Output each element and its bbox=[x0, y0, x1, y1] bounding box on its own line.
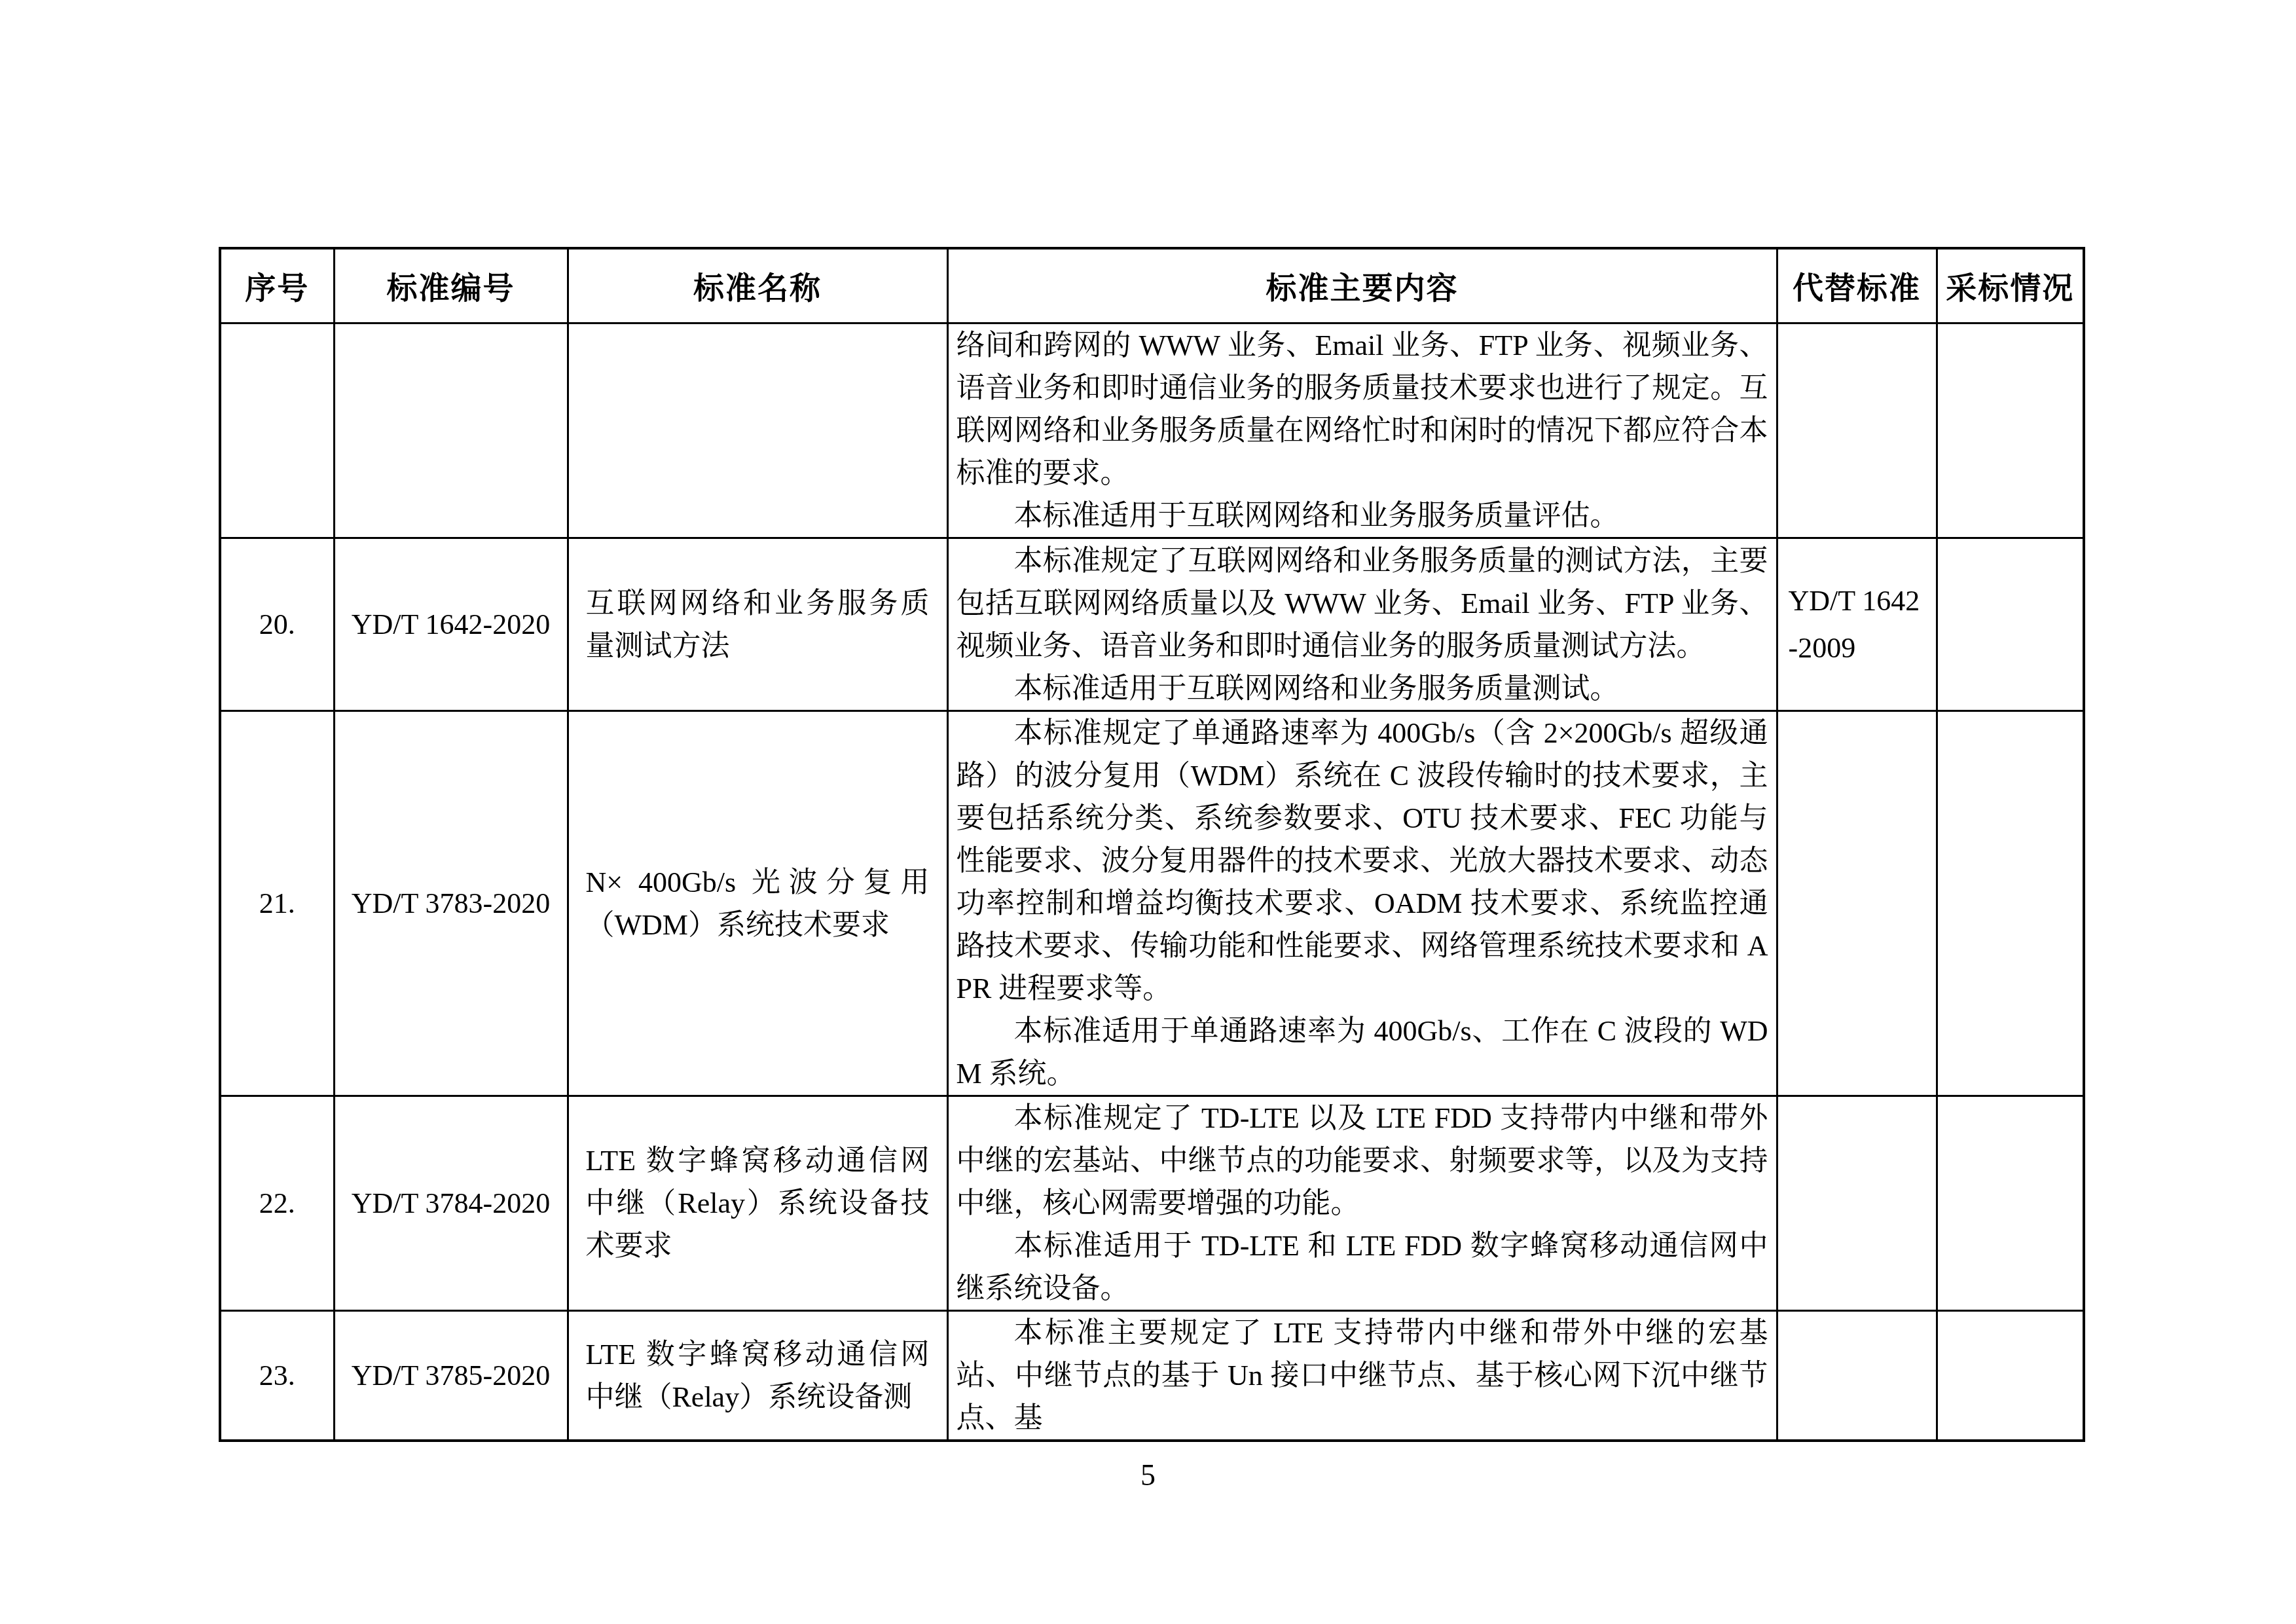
content-paragraph: 本标准主要规定了 LTE 支持带内中继和带外中继的宏基站、中继节点的基于 Un … bbox=[957, 1312, 1768, 1439]
cell-replaced-standard bbox=[1777, 323, 1937, 538]
table-row: 20. YD/T 1642-2020 互联网网络和业务服务质量测试方法 本标准规… bbox=[220, 538, 2084, 711]
cell-adoption-status bbox=[1937, 538, 2084, 711]
cell-standard-code: YD/T 3784-2020 bbox=[334, 1096, 568, 1311]
cell-seq bbox=[220, 323, 334, 538]
header-adoption-status: 采标情况 bbox=[1937, 248, 2084, 323]
cell-seq: 22. bbox=[220, 1096, 334, 1311]
cell-adoption-status bbox=[1937, 323, 2084, 538]
table-row: 21. YD/T 3783-2020 N× 400Gb/s 光波分复用（WDM）… bbox=[220, 711, 2084, 1096]
cell-replaced-standard bbox=[1777, 1096, 1937, 1311]
standard-name-text: LTE 数字蜂窝移动通信网中继（Relay）系统设备技术要求 bbox=[586, 1139, 930, 1267]
cell-standard-code: YD/T 3783-2020 bbox=[334, 711, 568, 1096]
header-standard-code: 标准编号 bbox=[334, 248, 568, 323]
cell-adoption-status bbox=[1937, 711, 2084, 1096]
cell-replaced-standard bbox=[1777, 711, 1937, 1096]
cell-standard-content: 络间和跨网的 WWW 业务、Email 业务、FTP 业务、视频业务、语音业务和… bbox=[947, 323, 1777, 538]
content-paragraph: 本标准适用于互联网网络和业务服务质量评估。 bbox=[957, 494, 1768, 537]
content-paragraph: 本标准适用于互联网网络和业务服务质量测试。 bbox=[957, 667, 1768, 710]
standard-name-text: 互联网网络和业务服务质量测试方法 bbox=[586, 582, 930, 667]
cell-standard-content: 本标准规定了互联网网络和业务服务质量的测试方法，主要包括互联网网络质量以及 WW… bbox=[947, 538, 1777, 711]
table-row: 22. YD/T 3784-2020 LTE 数字蜂窝移动通信网中继（Relay… bbox=[220, 1096, 2084, 1311]
cell-seq: 21. bbox=[220, 711, 334, 1096]
table-row-continuation: 络间和跨网的 WWW 业务、Email 业务、FTP 业务、视频业务、语音业务和… bbox=[220, 323, 2084, 538]
cell-adoption-status bbox=[1937, 1311, 2084, 1441]
header-standard-name: 标准名称 bbox=[568, 248, 947, 323]
cell-standard-code bbox=[334, 323, 568, 538]
cell-replaced-standard: YD/T 1642-2009 bbox=[1777, 538, 1937, 711]
table-row: 23. YD/T 3785-2020 LTE 数字蜂窝移动通信网中继（Relay… bbox=[220, 1311, 2084, 1441]
cell-standard-name: 互联网网络和业务服务质量测试方法 bbox=[568, 538, 947, 711]
cell-standard-name: LTE 数字蜂窝移动通信网中继（Relay）系统设备测 bbox=[568, 1311, 947, 1441]
standard-name-text: N× 400Gb/s 光波分复用（WDM）系统技术要求 bbox=[586, 861, 930, 946]
header-standard-content: 标准主要内容 bbox=[947, 248, 1777, 323]
content-paragraph: 本标准规定了单通路速率为 400Gb/s（含 2×200Gb/s 超级通路）的波… bbox=[957, 712, 1768, 1010]
cell-standard-content: 本标准主要规定了 LTE 支持带内中继和带外中继的宏基站、中继节点的基于 Un … bbox=[947, 1311, 1777, 1441]
content-paragraph: 本标准规定了 TD-LTE 以及 LTE FDD 支持带内中继和带外中继的宏基站… bbox=[957, 1097, 1768, 1225]
cell-standard-content: 本标准规定了 TD-LTE 以及 LTE FDD 支持带内中继和带外中继的宏基站… bbox=[947, 1096, 1777, 1311]
content-paragraph: 本标准适用于单通路速率为 400Gb/s、工作在 C 波段的 WDM 系统。 bbox=[957, 1010, 1768, 1095]
cell-standard-name bbox=[568, 323, 947, 538]
content-paragraph: 本标准规定了互联网网络和业务服务质量的测试方法，主要包括互联网网络质量以及 WW… bbox=[957, 540, 1768, 667]
cell-seq: 23. bbox=[220, 1311, 334, 1441]
cell-standard-content: 本标准规定了单通路速率为 400Gb/s（含 2×200Gb/s 超级通路）的波… bbox=[947, 711, 1777, 1096]
cell-standard-code: YD/T 1642-2020 bbox=[334, 538, 568, 711]
content-paragraph: 本标准适用于 TD-LTE 和 LTE FDD 数字蜂窝移动通信网中继系统设备。 bbox=[957, 1225, 1768, 1310]
cell-standard-name: N× 400Gb/s 光波分复用（WDM）系统技术要求 bbox=[568, 711, 947, 1096]
document-page: 序号 标准编号 标准名称 标准主要内容 代替标准 采标情况 络间和跨网的 WWW… bbox=[0, 0, 2296, 1624]
cell-standard-code: YD/T 3785-2020 bbox=[334, 1311, 568, 1441]
cell-adoption-status bbox=[1937, 1096, 2084, 1311]
cell-standard-name: LTE 数字蜂窝移动通信网中继（Relay）系统设备技术要求 bbox=[568, 1096, 947, 1311]
standard-name-text: LTE 数字蜂窝移动通信网中继（Relay）系统设备测 bbox=[586, 1333, 930, 1418]
cell-seq: 20. bbox=[220, 538, 334, 711]
standards-table: 序号 标准编号 标准名称 标准主要内容 代替标准 采标情况 络间和跨网的 WWW… bbox=[219, 247, 2085, 1442]
table-header-row: 序号 标准编号 标准名称 标准主要内容 代替标准 采标情况 bbox=[220, 248, 2084, 323]
page-number: 5 bbox=[0, 1458, 2296, 1492]
header-replaced-standard: 代替标准 bbox=[1777, 248, 1937, 323]
content-paragraph: 络间和跨网的 WWW 业务、Email 业务、FTP 业务、视频业务、语音业务和… bbox=[957, 324, 1768, 494]
header-seq: 序号 bbox=[220, 248, 334, 323]
cell-replaced-standard bbox=[1777, 1311, 1937, 1441]
